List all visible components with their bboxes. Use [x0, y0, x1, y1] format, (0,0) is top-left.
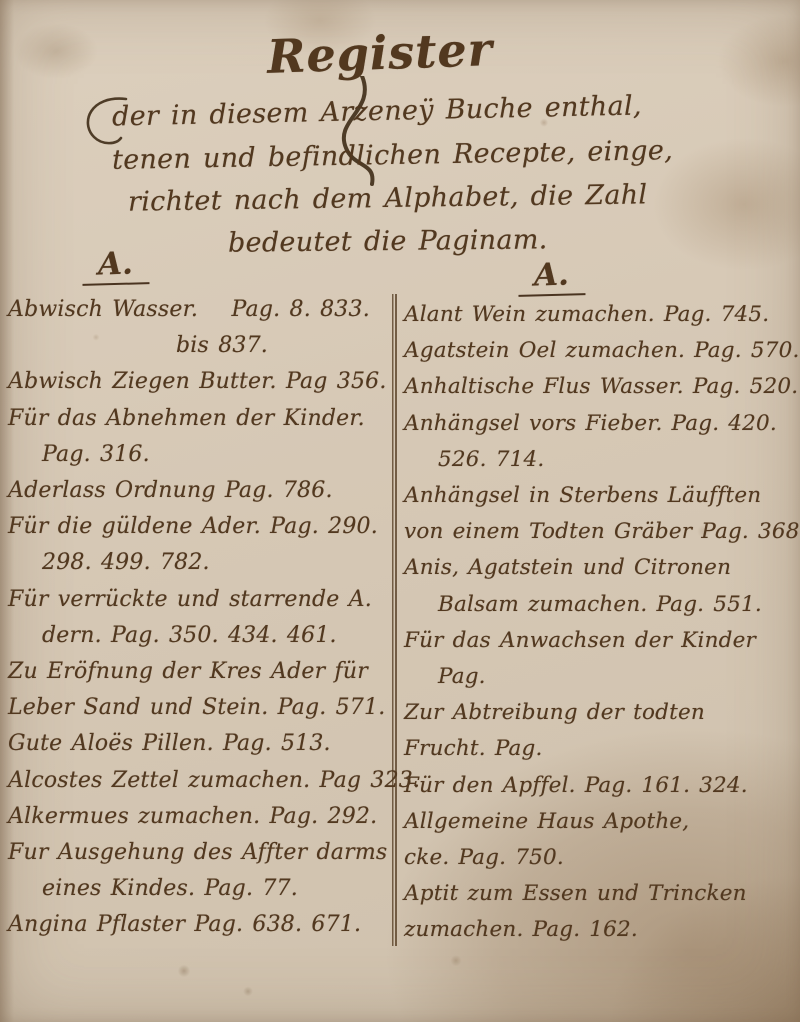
- index-entry: Aderlass Ordnung Pag. 786.: [8, 473, 390, 509]
- entry-line: Zur Abtreibung der todten: [404, 695, 796, 731]
- index-entry: Alcostes Zettel zumachen. Pag 323.: [8, 763, 390, 799]
- entry-line: Abwisch Wasser. Pag. 8. 833.: [8, 292, 390, 328]
- entry-line: Angina Pflaster Pag. 638. 671.: [8, 907, 390, 943]
- entry-line: Balsam zumachen. Pag. 551.: [404, 587, 796, 623]
- index-entry: Für den Apffel. Pag. 161. 324.: [404, 768, 796, 804]
- column-header-a-left: A.: [82, 245, 150, 286]
- entry-line: Fur Ausgehung des Affter darms: [8, 835, 390, 871]
- entry-line: Für verrückte und starrende A.: [8, 582, 390, 618]
- column-header-a-right: A.: [518, 256, 586, 297]
- entry-line: Pag.: [404, 659, 796, 695]
- index-entry: Alkermues zumachen. Pag. 292.: [8, 799, 390, 835]
- index-entry: Anhaltische Flus Wasser. Pag. 520.: [404, 369, 796, 405]
- entry-line: Allgemeine Haus Apothe,: [404, 804, 796, 840]
- manuscript-page: Register der in diesem Arzeneÿ Buche ent…: [0, 0, 800, 1022]
- subtitle-line: tenen und befindlichen Recepte, einge,: [112, 135, 674, 176]
- index-entry: Angina Pflaster Pag. 638. 671.: [8, 907, 390, 943]
- index-entry: Abwisch Ziegen Butter. Pag 356.: [8, 364, 390, 400]
- entry-line: Anhängsel in Sterbens Läufften: [404, 478, 796, 514]
- index-entry: Anhängsel vors Fieber. Pag. 420.526. 714…: [404, 406, 796, 478]
- entry-line: Leber Sand und Stein. Pag. 571.: [8, 690, 390, 726]
- index-entry: Zur Abtreibung der todtenFrucht. Pag.: [404, 695, 796, 767]
- index-entry: Allgemeine Haus Apothe,cke. Pag. 750.: [404, 804, 796, 876]
- index-entry: Anhängsel in Sterbens Läufftenvon einem …: [404, 478, 796, 550]
- entry-line: zumachen. Pag. 162.: [404, 912, 796, 948]
- index-entry: Für verrückte und starrende A.dern. Pag.…: [8, 582, 390, 654]
- index-column-right: Alant Wein zumachen. Pag. 745.Agatstein …: [404, 297, 796, 949]
- index-entry: Agatstein Oel zumachen. Pag. 570.: [404, 333, 796, 369]
- subtitle-line: richtet nach dem Alphabet, die Zahl: [128, 179, 648, 217]
- entry-line: Gute Aloës Pillen. Pag. 513.: [8, 726, 390, 762]
- entry-line: dern. Pag. 350. 434. 461.: [8, 618, 390, 654]
- index-entry: Aptit zum Essen und Trinckenzumachen. Pa…: [404, 876, 796, 948]
- entry-line: Aderlass Ordnung Pag. 786.: [8, 473, 390, 509]
- entry-line: Alkermues zumachen. Pag. 292.: [8, 799, 390, 835]
- entry-line: 298. 499. 782.: [8, 545, 390, 581]
- entry-line: Alcostes Zettel zumachen. Pag 323.: [8, 763, 390, 799]
- entry-line: Zu Eröfnung der Kres Ader für: [8, 654, 390, 690]
- index-entry: Zu Eröfnung der Kres Ader fürLeber Sand …: [8, 654, 390, 726]
- entry-line: Pag. 316.: [8, 437, 390, 473]
- entry-line: Für den Apffel. Pag. 161. 324.: [404, 768, 796, 804]
- entry-line: Abwisch Ziegen Butter. Pag 356.: [8, 364, 390, 400]
- index-column-left: Abwisch Wasser. Pag. 8. 833.bis 837.Abwi…: [8, 292, 390, 944]
- index-entry: Anis, Agatstein und CitronenBalsam zumac…: [404, 550, 796, 622]
- entry-line: Anhängsel vors Fieber. Pag. 420.: [404, 406, 796, 442]
- entry-line: Alant Wein zumachen. Pag. 745.: [404, 297, 796, 333]
- index-entry: Für das Abnehmen der Kinder.Pag. 316.: [8, 401, 390, 473]
- index-entry: Für das Anwachsen der KinderPag.: [404, 623, 796, 695]
- entry-line: cke. Pag. 750.: [404, 840, 796, 876]
- entry-line: Für das Anwachsen der Kinder: [404, 623, 796, 659]
- entry-line: bis 837.: [8, 328, 390, 364]
- entry-line: Für die güldene Ader. Pag. 290.: [8, 509, 390, 545]
- entry-line: Anhaltische Flus Wasser. Pag. 520.: [404, 369, 796, 405]
- entry-line: Agatstein Oel zumachen. Pag. 570.: [404, 333, 796, 369]
- entry-line: Aptit zum Essen und Trincken: [404, 876, 796, 912]
- subtitle-line: bedeutet die Paginam.: [228, 224, 548, 258]
- index-entry: Abwisch Wasser. Pag. 8. 833.bis 837.: [8, 292, 390, 364]
- entry-line: eines Kindes. Pag. 77.: [8, 871, 390, 907]
- page-title: Register: [0, 13, 761, 93]
- index-entry: Für die güldene Ader. Pag. 290.298. 499.…: [8, 509, 390, 581]
- entry-line: 526. 714.: [404, 442, 796, 478]
- entry-line: Für das Abnehmen der Kinder.: [8, 401, 390, 437]
- index-entry: Gute Aloës Pillen. Pag. 513.: [8, 726, 390, 762]
- index-entry: Fur Ausgehung des Affter darmseines Kind…: [8, 835, 390, 907]
- index-entry: Alant Wein zumachen. Pag. 745.: [404, 297, 796, 333]
- entry-line: Anis, Agatstein und Citronen: [404, 550, 796, 586]
- column-divider-rule: [392, 294, 397, 946]
- entry-line: Frucht. Pag.: [404, 731, 796, 767]
- entry-line: von einem Todten Gräber Pag. 368.: [404, 514, 796, 550]
- subtitle-line: der in diesem Arzeneÿ Buche enthal,: [112, 90, 642, 132]
